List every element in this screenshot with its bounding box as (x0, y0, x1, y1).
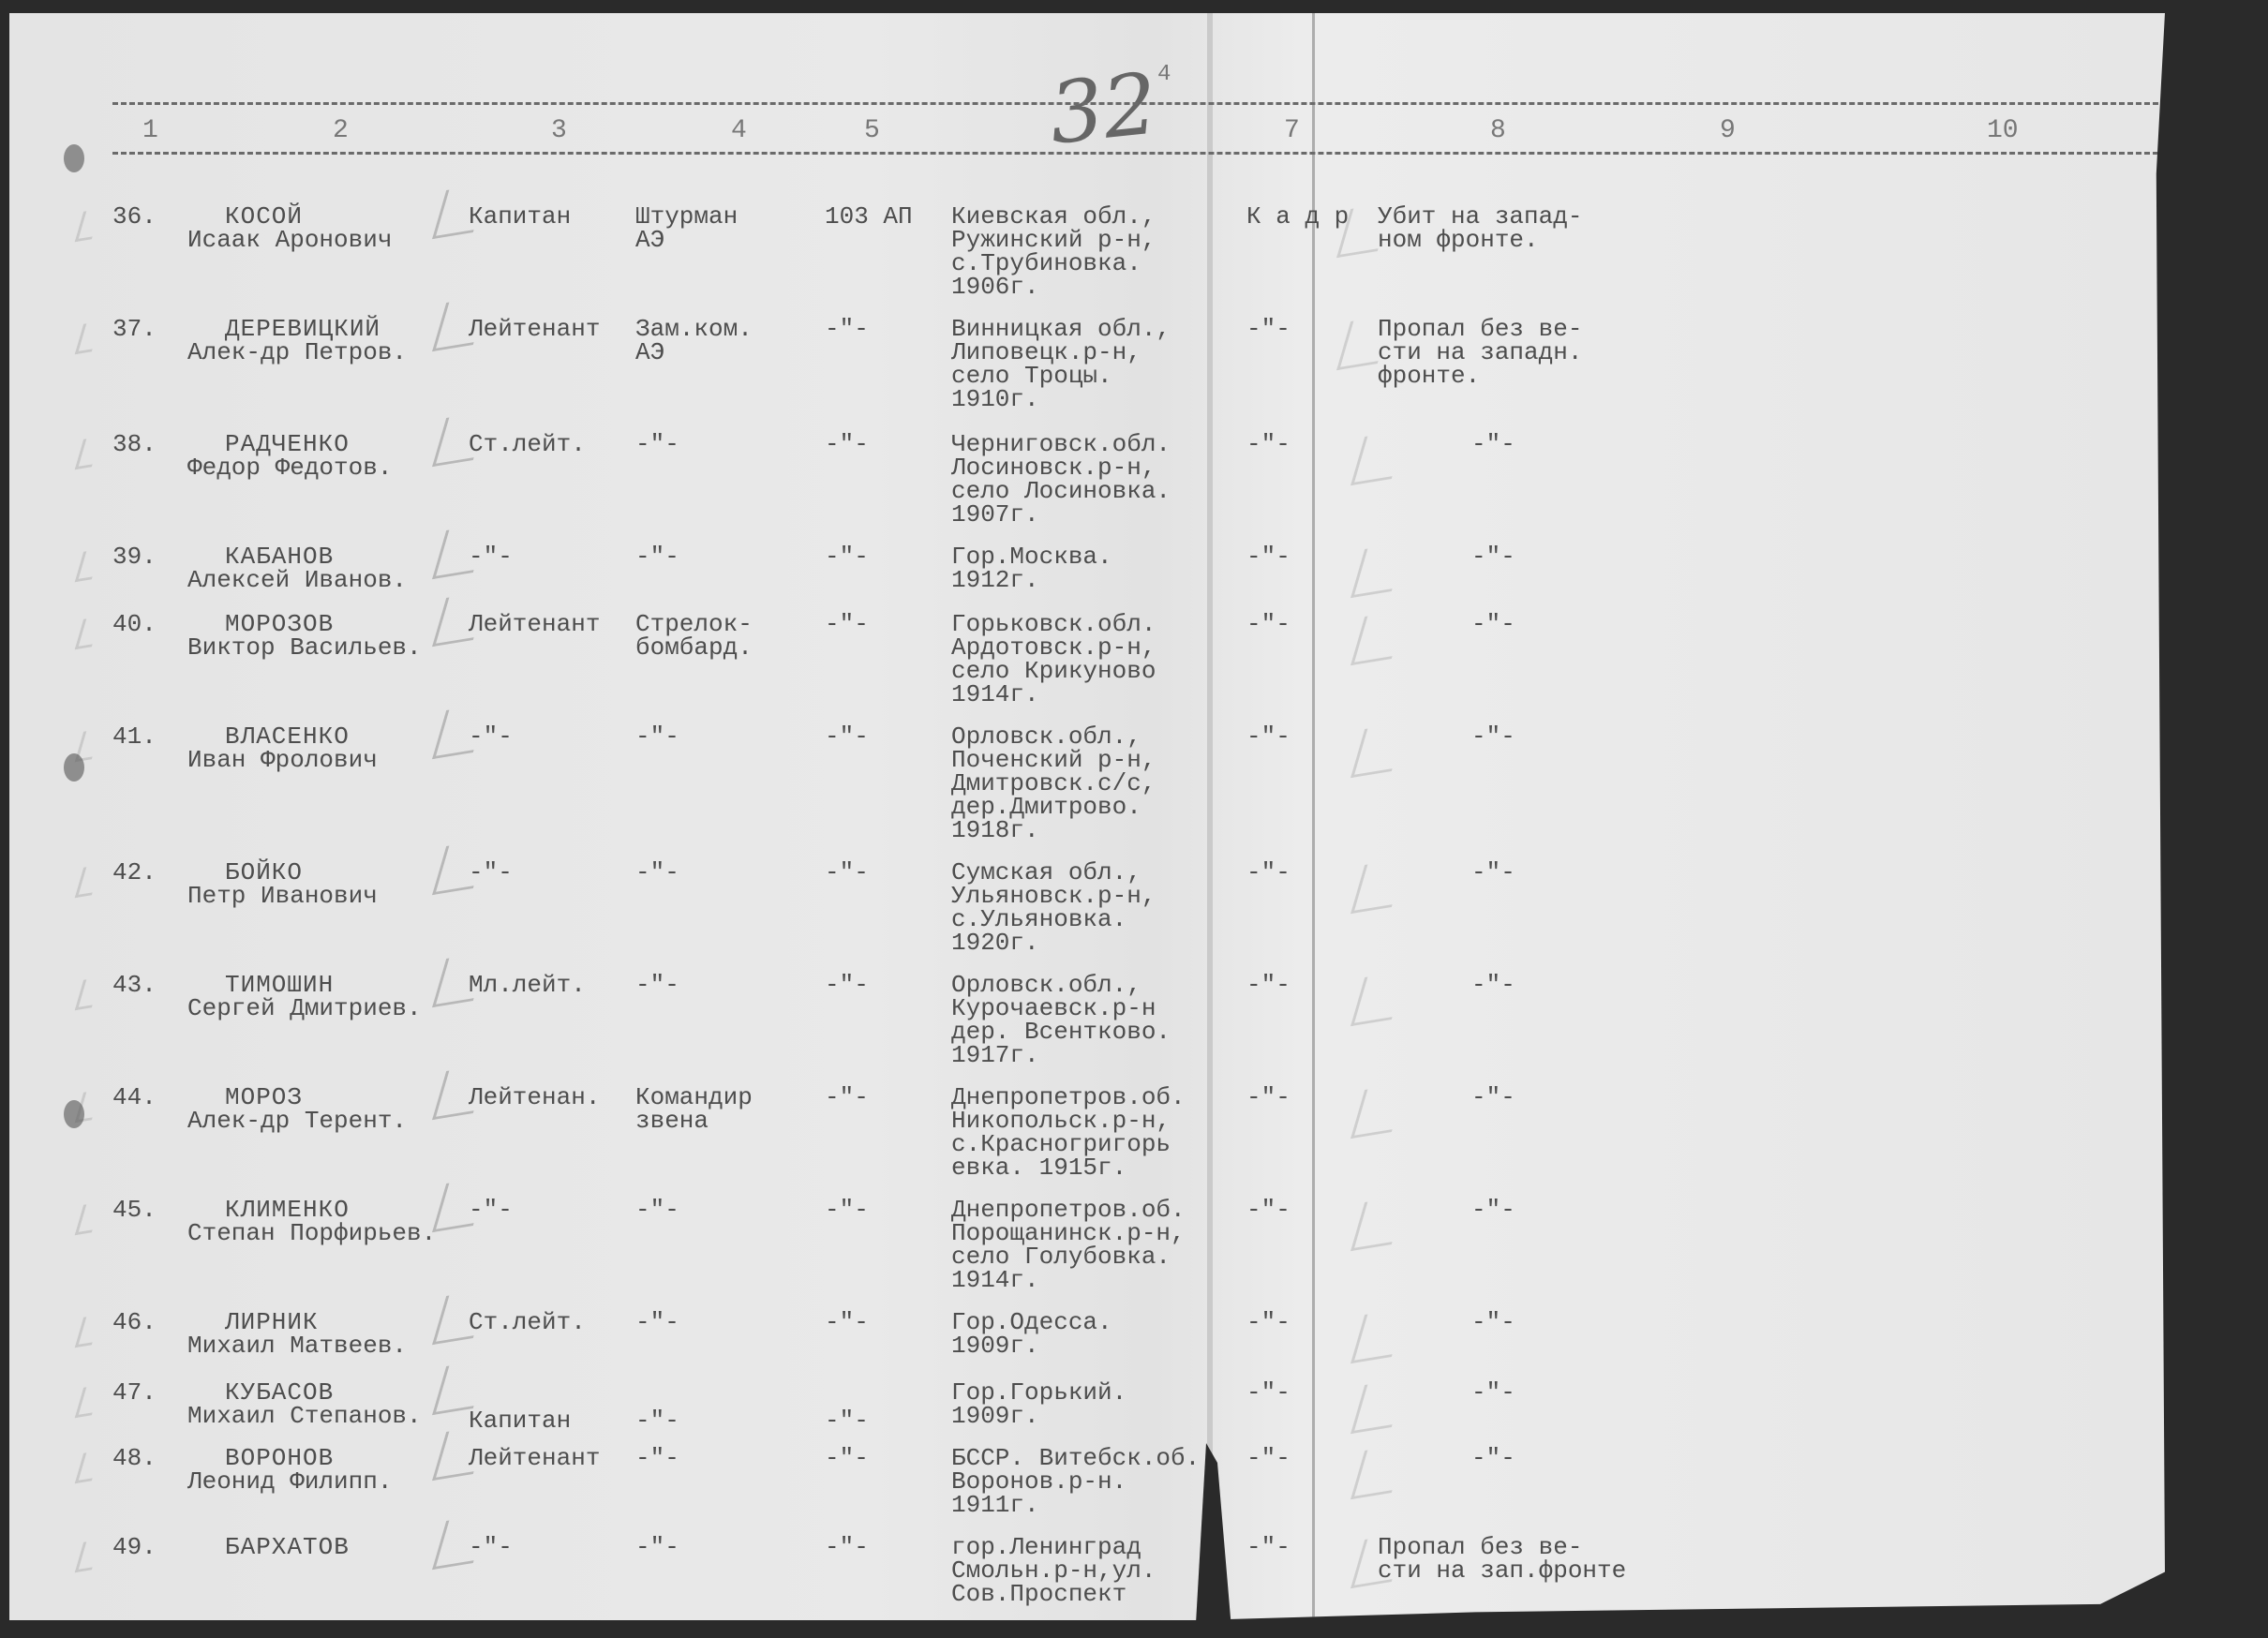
check-mark-icon (432, 296, 487, 351)
row-number: 38. (112, 433, 157, 456)
birthplace-year: гор.Ленинград Смольн.р-н,ул. Сов.Проспек… (951, 1536, 1156, 1606)
check-mark-icon (432, 184, 487, 239)
check-mark-icon (432, 591, 487, 647)
given-name: Федор Федотов. (187, 456, 392, 480)
tick-mark-icon (75, 321, 101, 354)
tick-mark-icon (75, 1540, 101, 1572)
row-number: 47. (112, 1381, 157, 1405)
tick-mark-icon (75, 209, 101, 242)
given-name: Михаил Степанов. (187, 1405, 422, 1428)
column-number-8: 8 (1490, 116, 1506, 145)
unit: -"- (825, 1536, 869, 1559)
row-number: 48. (112, 1447, 157, 1470)
position: -"- (635, 433, 679, 456)
tick-mark-icon (75, 977, 101, 1010)
row-number: 42. (112, 861, 157, 885)
unit: -"- (825, 725, 869, 749)
column-7-status: -"- (1246, 1447, 1291, 1470)
position: -"- (635, 725, 679, 749)
tick-mark-icon (75, 1451, 101, 1483)
position: Командир звена (635, 1086, 753, 1133)
column-7-status: -"- (1246, 1311, 1291, 1334)
tick-mark-icon (75, 617, 101, 649)
column-number-10: 10 (1987, 116, 2019, 145)
column-number-2: 2 (333, 116, 349, 145)
header-rule-bottom (112, 152, 2184, 155)
position: Штурман АЭ (635, 205, 738, 252)
tick-mark-icon (75, 437, 101, 469)
check-mark-icon (1350, 610, 1406, 665)
column-7-status: К а д р (1246, 205, 1349, 229)
position: -"- (635, 1536, 679, 1559)
birthplace-year: Киевская обл., Ружинский р-н, с.Трубинов… (951, 205, 1156, 299)
column-7-status: -"- (1246, 545, 1291, 569)
check-mark-icon (432, 1065, 487, 1120)
check-mark-icon (432, 524, 487, 579)
column-7-status: -"- (1246, 433, 1291, 456)
unit: -"- (825, 545, 869, 569)
fate-remark: -"- (1471, 1086, 1515, 1109)
unit: -"- (825, 613, 869, 636)
given-name: Алек-др Терент. (187, 1109, 407, 1133)
fate-remark: Убит на запад- ном фронте. (1378, 205, 1582, 252)
check-mark-icon (1350, 1444, 1406, 1499)
column-7-status: -"- (1246, 974, 1291, 997)
unit: -"- (825, 1311, 869, 1334)
binding-hole (64, 144, 84, 172)
unit: -"- (825, 1409, 869, 1433)
birthplace-year: Гор.Одесса. 1909г. (951, 1311, 1112, 1358)
rank: Капитан (469, 205, 571, 229)
tick-mark-icon (75, 865, 101, 898)
position: -"- (635, 1311, 679, 1334)
birthplace-year: Винницкая обл., Липовецк.р-н, село Троцы… (951, 318, 1171, 411)
tick-mark-icon (75, 549, 101, 582)
check-mark-icon (1350, 1378, 1406, 1434)
rank: Мл.лейт. (469, 974, 586, 997)
fate-remark: -"- (1471, 725, 1515, 749)
row-number: 36. (112, 205, 157, 229)
column-7-status: -"- (1246, 318, 1291, 341)
row-number: 49. (112, 1536, 157, 1559)
fate-remark: -"- (1471, 861, 1515, 885)
position: -"- (635, 861, 679, 885)
check-mark-icon (432, 1425, 487, 1481)
birthplace-year: Днепропетров.об. Никопольск.р-н, с.Красн… (951, 1086, 1186, 1180)
given-name: Степан Порфирьев. (187, 1222, 436, 1245)
unit: -"- (825, 1199, 869, 1222)
rank: Лейтенант (469, 318, 600, 341)
given-name: Сергей Дмитриев. (187, 997, 422, 1020)
row-number: 43. (112, 974, 157, 997)
check-mark-icon (432, 1289, 487, 1345)
column-7-status: -"- (1246, 1536, 1291, 1559)
birthplace-year: Орловск.обл., Поченский р-н, Дмитровск.с… (951, 725, 1156, 842)
page-suffix: 4 (1157, 62, 1171, 87)
position: -"- (635, 1409, 679, 1433)
check-mark-icon (1350, 1083, 1406, 1139)
column-number-9: 9 (1720, 116, 1736, 145)
document-page: 32 4 1 2 3 4 5 7 8 9 10 36.КОСОЙИсаак Ар… (9, 13, 2165, 1620)
position: -"- (635, 545, 679, 569)
column-number-1: 1 (142, 116, 158, 145)
check-mark-icon (432, 840, 487, 895)
tick-mark-icon (75, 1202, 101, 1235)
given-name: Алек-др Петров. (187, 341, 407, 365)
surname: БАРХАТОВ (225, 1536, 350, 1559)
fate-remark: -"- (1471, 974, 1515, 997)
unit: -"- (825, 1086, 869, 1109)
column-7-status: -"- (1246, 613, 1291, 636)
unit: -"- (825, 861, 869, 885)
check-mark-icon (1350, 722, 1406, 778)
check-mark-icon (1350, 971, 1406, 1026)
rank: Ст.лейт. (469, 433, 586, 456)
check-mark-icon (1350, 1196, 1406, 1251)
given-name: Петр Иванович (187, 885, 378, 908)
row-number: 40. (112, 613, 157, 636)
fate-remark: -"- (1471, 1447, 1515, 1470)
check-mark-icon (1350, 430, 1406, 485)
row-number: 44. (112, 1086, 157, 1109)
header-rule-top (112, 102, 2184, 105)
column-number-7: 7 (1284, 116, 1300, 145)
unit: 103 АП (825, 205, 913, 229)
unit: -"- (825, 974, 869, 997)
fate-remark: -"- (1471, 1199, 1515, 1222)
given-name: Виктор Васильев. (187, 636, 422, 660)
column-7-status: -"- (1246, 1086, 1291, 1109)
column-divider (1312, 13, 1315, 1620)
check-mark-icon (1350, 858, 1406, 914)
page-number: 32 (1045, 54, 1162, 163)
unit: -"- (825, 433, 869, 456)
birthplace-year: Черниговск.обл. Лосиновск.р-н, село Лоси… (951, 433, 1171, 527)
position: -"- (635, 974, 679, 997)
page-fold (1207, 13, 1213, 1620)
column-7-status: -"- (1246, 1199, 1291, 1222)
given-name: Леонид Филипп. (187, 1470, 392, 1494)
column-7-status: -"- (1246, 1381, 1291, 1405)
rank: Лейтенант (469, 613, 600, 636)
column-number-3: 3 (551, 116, 567, 145)
fate-remark: -"- (1471, 1381, 1515, 1405)
row-number: 39. (112, 545, 157, 569)
birthplace-year: Гор.Москва. 1912г. (951, 545, 1112, 592)
binding-hole (64, 753, 84, 782)
check-mark-icon (1350, 543, 1406, 598)
position: Зам.ком. АЭ (635, 318, 753, 365)
fate-remark: -"- (1471, 613, 1515, 636)
birthplace-year: Горьковск.обл. Ардотовск.р-н, село Крику… (951, 613, 1156, 707)
position: Стрелок- бомбард. (635, 613, 753, 660)
rank: Лейтенант (469, 1447, 600, 1470)
tick-mark-icon (75, 1315, 101, 1348)
fate-remark: -"- (1471, 1311, 1515, 1334)
fate-remark: -"- (1471, 433, 1515, 456)
column-7-status: -"- (1246, 725, 1291, 749)
check-mark-icon (432, 1514, 487, 1570)
row-number: 45. (112, 1199, 157, 1222)
check-mark-icon (432, 952, 487, 1007)
birthplace-year: БССР. Витебск.об. Воронов.р-н. 1911г. (951, 1447, 1200, 1517)
unit: -"- (825, 318, 869, 341)
rank: Лейтенан. (469, 1086, 600, 1109)
fate-remark: -"- (1471, 545, 1515, 569)
rank: Ст.лейт. (469, 1311, 586, 1334)
position: -"- (635, 1199, 679, 1222)
check-mark-icon (432, 704, 487, 759)
birthplace-year: Орловск.обл., Курочаевск.р-н дер. Всентк… (951, 974, 1171, 1067)
column-number-4: 4 (731, 116, 747, 145)
birthplace-year: Днепропетров.об. Порощанинск.р-н, село Г… (951, 1199, 1186, 1292)
birthplace-year: Гор.Горький. 1909г. (951, 1381, 1127, 1428)
given-name: Иван Фролович (187, 749, 378, 772)
binding-hole (64, 1100, 84, 1128)
unit: -"- (825, 1447, 869, 1470)
given-name: Исаак Аронович (187, 229, 392, 252)
birthplace-year: Сумская обл., Ульяновск.р-н, с.Ульяновка… (951, 861, 1156, 955)
fate-remark: Пропал без ве- сти на зап.фронте (1378, 1536, 1626, 1583)
check-mark-icon (432, 1177, 487, 1232)
fate-remark: Пропал без ве- сти на западн. фронте. (1378, 318, 1582, 388)
column-number-5: 5 (864, 116, 880, 145)
row-number: 37. (112, 318, 157, 341)
column-7-status: -"- (1246, 861, 1291, 885)
given-name: Алексей Иванов. (187, 569, 407, 592)
check-mark-icon (1350, 1308, 1406, 1363)
position: -"- (635, 1447, 679, 1470)
row-number: 41. (112, 725, 157, 749)
check-mark-icon (432, 411, 487, 467)
row-number: 46. (112, 1311, 157, 1334)
given-name: Михаил Матвеев. (187, 1334, 407, 1358)
tick-mark-icon (75, 1385, 101, 1418)
